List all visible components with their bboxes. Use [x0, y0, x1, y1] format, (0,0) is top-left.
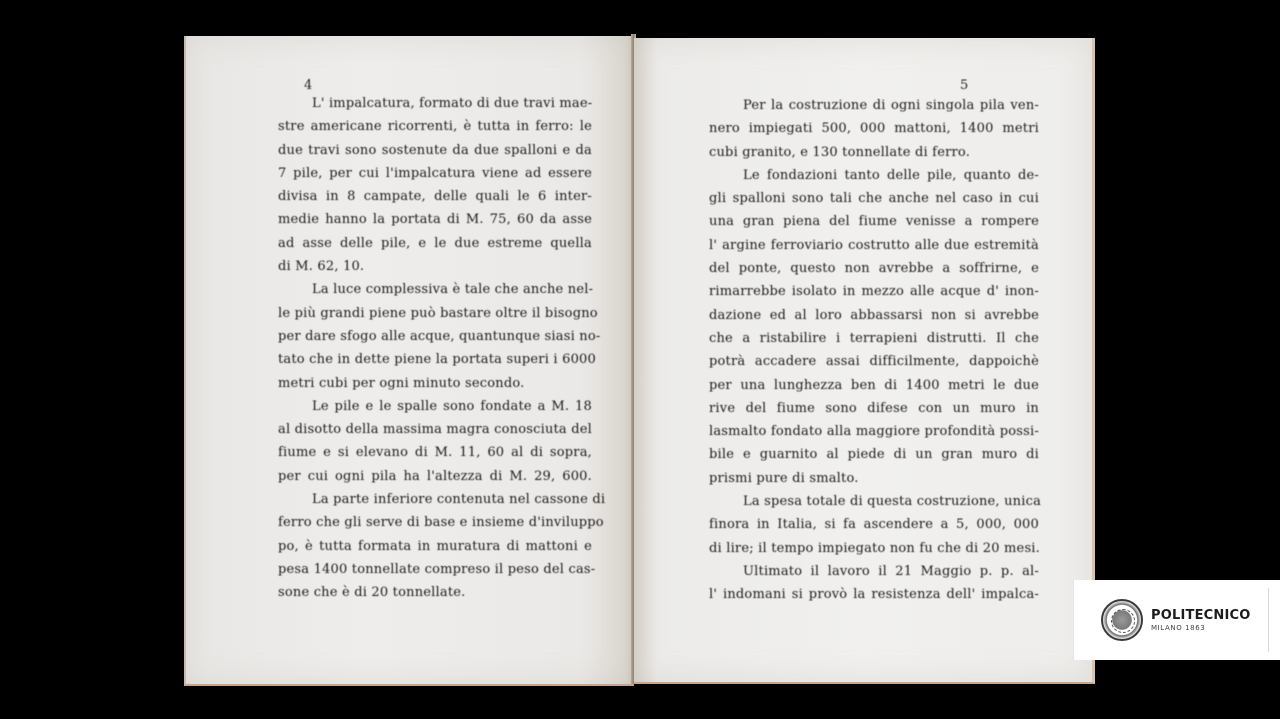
university-seal-icon — [1101, 599, 1143, 641]
text-line: che a ristabilire i terrapieni distrutti… — [709, 327, 1039, 350]
text-line: fiume e si elevano di M. 11, 60 al di so… — [278, 441, 592, 464]
watermark-name: POLITECNICO — [1151, 608, 1251, 623]
open-book: 4 · · · · · · · · · · · · L' impalcatura… — [182, 34, 1096, 684]
text-line: per una lunghezza ben di 1400 metri le d… — [709, 374, 1039, 397]
text-line: dazione ed al loro abbassarsi non si avr… — [709, 304, 1039, 327]
text-line: al disotto della massima magra conosciut… — [278, 418, 592, 441]
text-line: prismi pure di smalto. — [709, 467, 1039, 490]
left-page: 4 · · · · · · · · · · · · L' impalcatura… — [184, 36, 634, 686]
text-line: per dare sfogo alle acque, quantunque si… — [278, 325, 592, 348]
text-line: L' impalcatura, formato di due travi mae… — [278, 92, 592, 115]
text-line: divisa in 8 campate, delle quali le 6 in… — [278, 185, 592, 208]
text-line: bile e guarnito al piede di un gran muro… — [709, 443, 1039, 466]
text-line: per cui ogni pila ha l'altezza di M. 29,… — [278, 465, 592, 488]
text-line: 7 pile, per cui l'impalcatura viene ad e… — [278, 162, 592, 185]
left-page-text: L' impalcatura, formato di due travi mae… — [278, 92, 592, 605]
text-line: stre americane ricorrenti, è tutta in fe… — [278, 115, 592, 138]
text-line: sone che è di 20 tonnellate. — [278, 581, 592, 604]
text-line: pesa 1400 tonnellate compreso il peso de… — [278, 558, 592, 581]
text-line: ferro che gli serve di base e insieme d'… — [278, 511, 592, 534]
text-line: Per la costruzione di ogni singola pila … — [709, 94, 1039, 117]
text-line: Le pile e le spalle sono fondate a M. 18 — [278, 395, 592, 418]
text-line: lasmalto fondato alla maggiore profondit… — [709, 420, 1039, 443]
text-line: l' indomani si provò la resistenza dell'… — [709, 583, 1039, 606]
text-line: cubi granito, e 130 tonnellate di ferro. — [709, 141, 1039, 164]
text-line: rive del fiume sono difese con un muro i… — [709, 397, 1039, 420]
text-line: le più grandi piene può bastare oltre il… — [278, 302, 592, 325]
text-line: di lire; il tempo impiegato non fu che d… — [709, 537, 1039, 560]
right-page-number: 5 — [960, 78, 968, 93]
right-page-text: Per la costruzione di ogni singola pila … — [709, 94, 1039, 607]
text-line: metri cubi per ogni minuto secondo. — [278, 372, 592, 395]
text-line: di M. 62, 10. — [278, 255, 592, 278]
text-line: potrà accadere assai difficilmente, dapp… — [709, 350, 1039, 373]
text-line: due travi sono sostenute da due spalloni… — [278, 139, 592, 162]
watermark-subtitle: MILANO 1863 — [1151, 624, 1251, 632]
text-line: La spesa totale di questa costruzione, u… — [709, 490, 1039, 513]
text-line: nero impiegati 500, 000 mattoni, 1400 me… — [709, 117, 1039, 140]
text-line: La parte inferiore contenuta nel cassone… — [278, 488, 592, 511]
watermark-divider — [1268, 588, 1269, 652]
right-page: 5 Per la costruzione di ogni singola pil… — [634, 38, 1095, 684]
text-line: La luce complessiva è tale che anche nel… — [278, 278, 592, 301]
text-line: po, è tutta formata in muratura di matto… — [278, 535, 592, 558]
politecnico-watermark: POLITECNICO MILANO 1863 — [1073, 580, 1280, 660]
left-page-number: 4 — [304, 78, 312, 93]
text-line: una gran piena del fiume venisse a rompe… — [709, 210, 1039, 233]
text-line: ad asse delle pile, e le due estreme que… — [278, 232, 592, 255]
text-line: gli spalloni sono tali che anche nel cas… — [709, 187, 1039, 210]
text-line: del ponte, questo non avrebbe a soffrirn… — [709, 257, 1039, 280]
text-line: Ultimato il lavoro il 21 Maggio p. p. al… — [709, 560, 1039, 583]
text-line: finora in Italia, si fa ascendere a 5, 0… — [709, 513, 1039, 536]
text-line: l' argine ferroviario costrutto alle due… — [709, 234, 1039, 257]
text-line: rimarrebbe isolato in mezzo alle acque d… — [709, 280, 1039, 303]
text-line: Le fondazioni tanto delle pile, quanto d… — [709, 164, 1039, 187]
text-line: medie hanno la portata di M. 75, 60 da a… — [278, 208, 592, 231]
text-line: tato che in dette piene la portata super… — [278, 348, 592, 371]
